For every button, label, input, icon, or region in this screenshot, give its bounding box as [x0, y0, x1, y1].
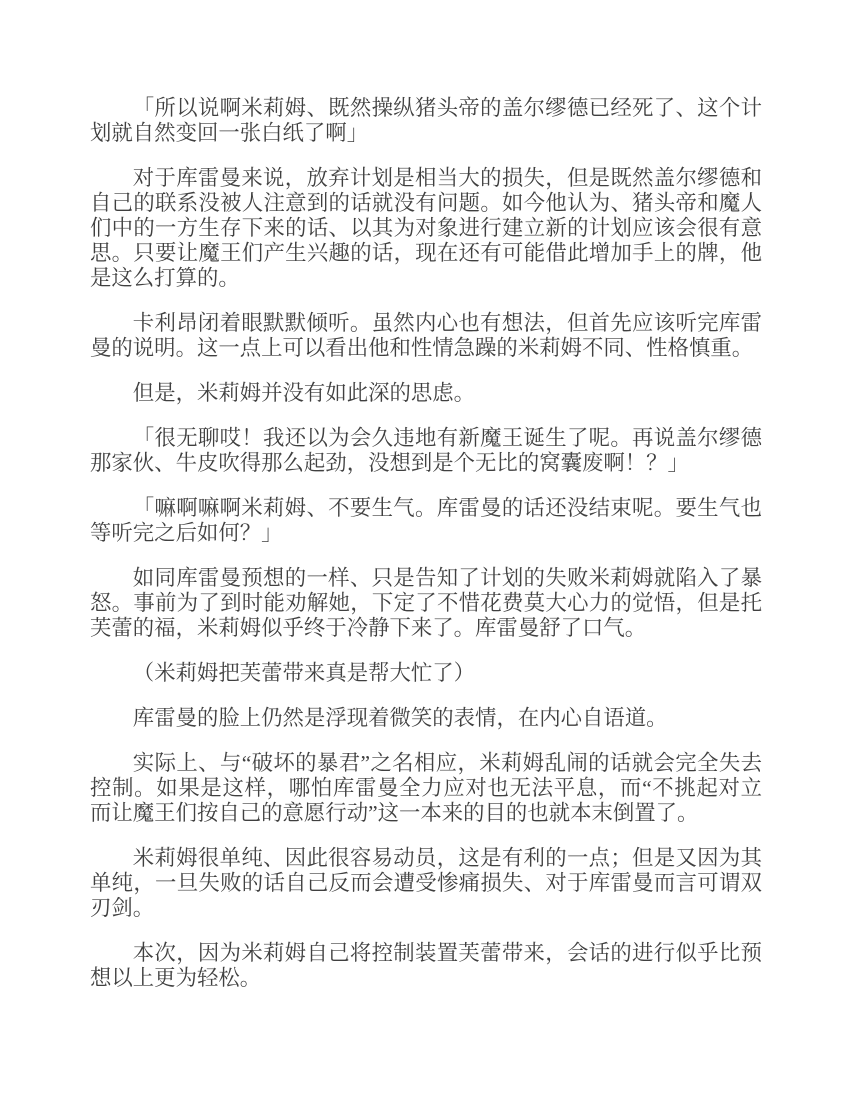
- paragraph-narration-6: 实际上、与“破坏的暴君”之名相应，米莉姆乱闹的话就会完全失去控制。如果是这样，哪…: [90, 751, 762, 826]
- paragraph-narration-4: 如同库雷曼预想的一样、只是告知了计划的失败米莉姆就陷入了暴怒。事前为了到时能劝解…: [90, 566, 762, 641]
- paragraph-narration-5: 库雷曼的脸上仍然是浮现着微笑的表情，在内心自语道。: [90, 706, 762, 731]
- paragraph-narration-3: 但是，米莉姆并没有如此深的思虑。: [90, 381, 762, 406]
- paragraph-dialogue-2: 「很无聊哎！我还以为会久违地有新魔王诞生了呢。再说盖尔缪德那家伙、牛皮吹得那么起…: [90, 426, 762, 476]
- novel-page: 「所以说啊米莉姆、既然操纵猪头帝的盖尔缪德已经死了、这个计划就自然变回一张白纸了…: [0, 0, 850, 1100]
- paragraph-dialogue-1: 「所以说啊米莉姆、既然操纵猪头帝的盖尔缪德已经死了、这个计划就自然变回一张白纸了…: [90, 96, 762, 146]
- paragraph-narration-2: 卡利昂闭着眼默默倾听。虽然内心也有想法，但首先应该听完库雷曼的说明。这一点上可以…: [90, 311, 762, 361]
- paragraph-narration-7: 米莉姆很单纯、因此很容易动员，这是有利的一点；但是又因为其单纯，一旦失败的话自己…: [90, 846, 762, 921]
- paragraph-narration-1: 对于库雷曼来说，放弃计划是相当大的损失，但是既然盖尔缪德和自己的联系没被人注意到…: [90, 166, 762, 291]
- paragraph-dialogue-3: 「嘛啊嘛啊米莉姆、不要生气。库雷曼的话还没结束呢。要生气也等听完之后如何？」: [90, 496, 762, 546]
- paragraph-narration-8: 本次，因为米莉姆自己将控制装置芙蕾带来，会话的进行似乎比预想以上更为轻松。: [90, 941, 762, 991]
- paragraph-inner-thought: （米莉姆把芙蕾带来真是帮大忙了）: [90, 661, 762, 686]
